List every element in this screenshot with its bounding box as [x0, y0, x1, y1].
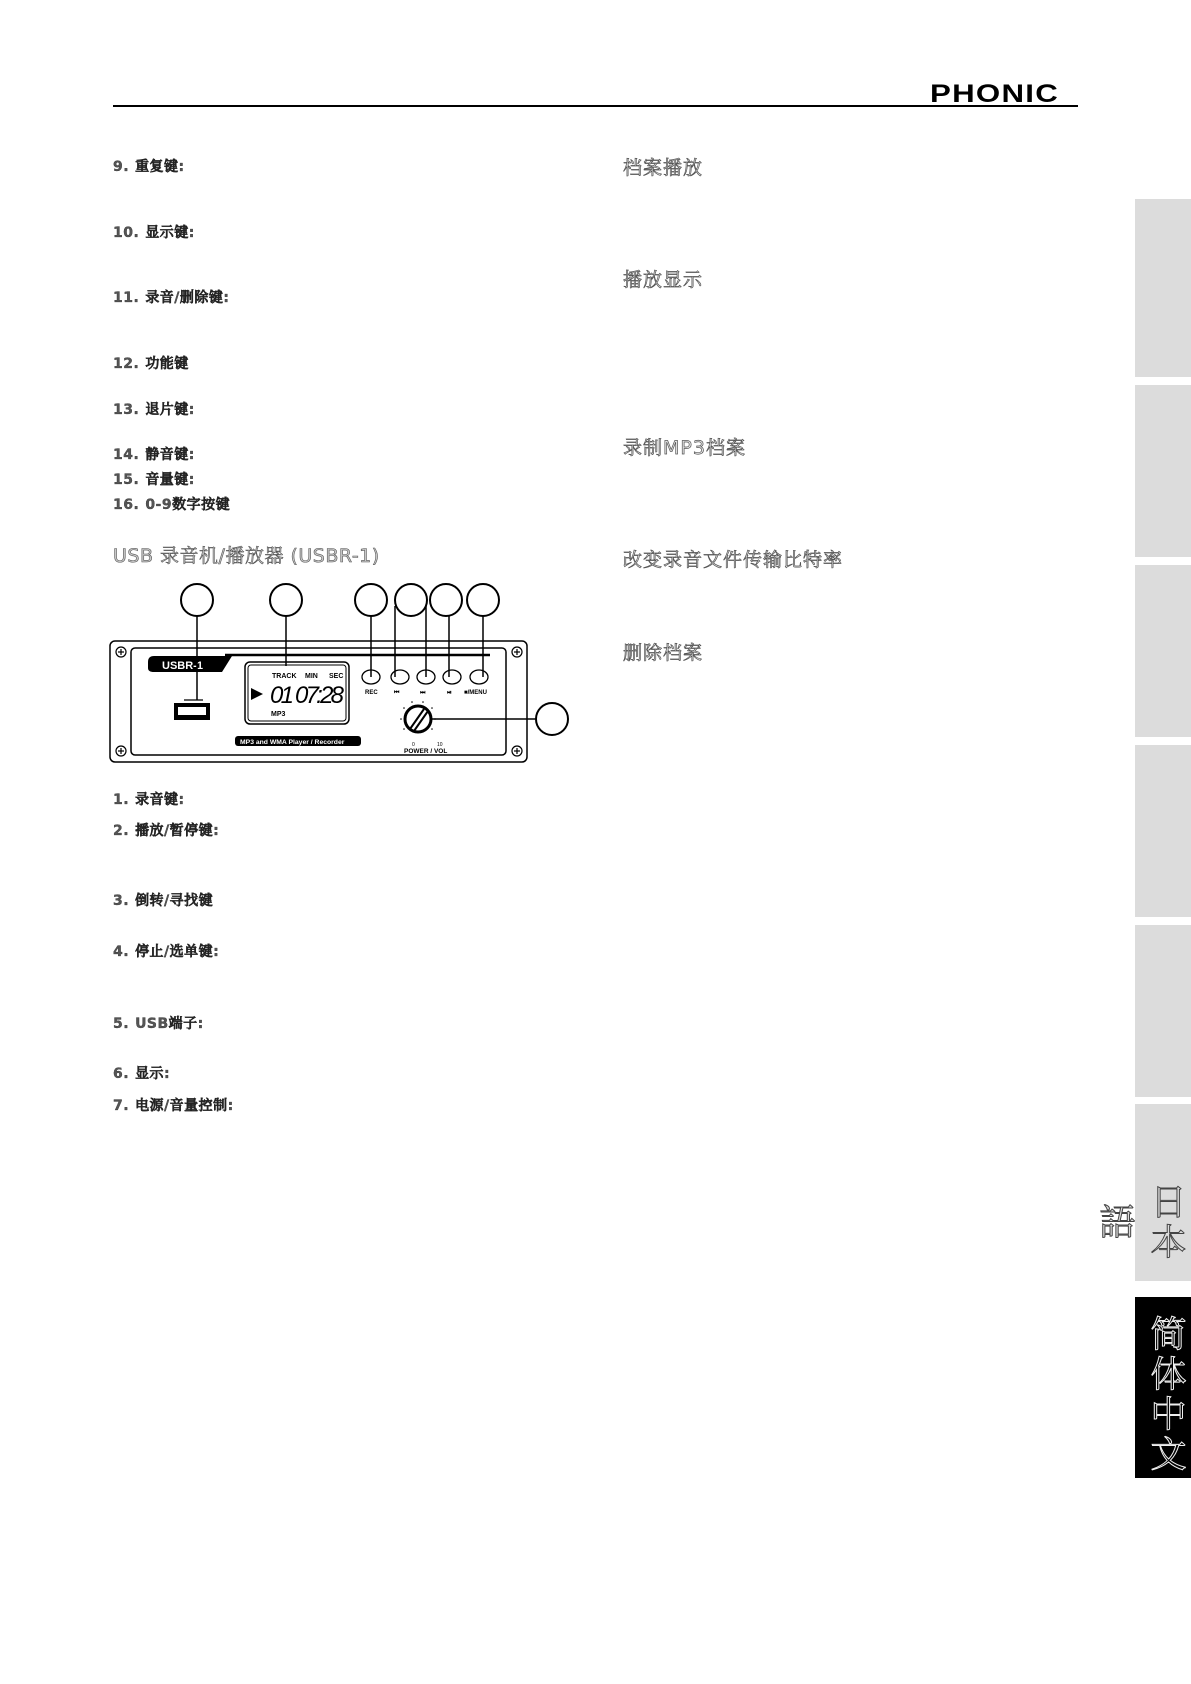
svg-text:⏮: ⏮: [394, 690, 400, 696]
item-number: 6.: [113, 1066, 129, 1082]
item-number: 4.: [113, 944, 129, 960]
item-label: 显示:: [135, 1066, 170, 1082]
language-tab-simplified-chinese[interactable]: 简体中文: [1135, 1297, 1191, 1478]
item-number: 16.: [113, 497, 139, 513]
usbr-1-diagram: USBR-1 TRACK MIN SEC 01 07:28 MP3 MP3 an…: [105, 575, 575, 770]
item-number: 13.: [113, 402, 139, 418]
svg-text:MIN: MIN: [305, 673, 318, 680]
list-item: 13.退片键:: [113, 399, 195, 419]
list-item: 1.录音键:: [113, 789, 185, 809]
item-label: 功能键: [145, 356, 189, 372]
item-label: 倒转/寻找键: [135, 893, 213, 909]
svg-text:■/MENU: ■/MENU: [464, 690, 487, 696]
item-number: 15.: [113, 472, 139, 488]
item-number: 11.: [113, 290, 139, 306]
svg-text:POWER / VOL: POWER / VOL: [404, 748, 447, 755]
item-label: 播放/暂停键:: [135, 823, 219, 839]
list-item: 7.电源/音量控制:: [113, 1095, 234, 1115]
item-label: 录音/删除键:: [145, 290, 229, 306]
heading-file-playback: 档案播放: [623, 153, 703, 180]
list-item: 5.USB端子:: [113, 1013, 204, 1033]
item-number: 9.: [113, 159, 129, 175]
heading-playback-display: 播放显示: [623, 265, 703, 292]
list-item: 10.显示键:: [113, 222, 195, 242]
list-item: 14.静音键:: [113, 444, 195, 464]
language-tab-4[interactable]: [1135, 745, 1191, 917]
list-item: 4.停止/选单键:: [113, 941, 219, 961]
item-number: 1.: [113, 792, 129, 808]
svg-text:⏯: ⏯: [447, 690, 452, 696]
list-item: 11.录音/删除键:: [113, 287, 230, 307]
header-rule: [113, 105, 1078, 107]
item-number: 5.: [113, 1016, 129, 1032]
item-label: 停止/选单键:: [135, 944, 219, 960]
svg-text:MP3: MP3: [271, 711, 286, 718]
heading-delete-file: 删除档案: [623, 638, 703, 665]
language-tab-3[interactable]: [1135, 565, 1191, 737]
list-item: 16.0-9数字按键: [113, 494, 230, 514]
item-number: 3.: [113, 893, 129, 909]
item-number: 14.: [113, 447, 139, 463]
tab-label: 简体中文: [1135, 1315, 1191, 1475]
item-label: 0-9数字按键: [145, 497, 230, 513]
item-number: 10.: [113, 225, 139, 241]
svg-text:TRACK: TRACK: [272, 673, 297, 680]
list-item: 6.显示:: [113, 1063, 170, 1083]
heading-record-mp3: 录制MP3档案: [623, 433, 746, 460]
item-label: 退片键:: [145, 402, 195, 418]
list-item: 12.功能键: [113, 353, 189, 373]
list-item: 3.倒转/寻找键: [113, 890, 213, 910]
language-tab-5[interactable]: [1135, 925, 1191, 1097]
language-tab-2[interactable]: [1135, 385, 1191, 557]
item-label: 录音键:: [135, 792, 185, 808]
usb-port-icon: [174, 700, 210, 720]
list-item: 2.播放/暂停键:: [113, 820, 219, 840]
item-number: 2.: [113, 823, 129, 839]
heading-change-bitrate: 改变录音文件传输比特率: [623, 545, 843, 572]
list-item: 9.重复键:: [113, 156, 185, 176]
svg-text:01 07:28: 01 07:28: [270, 682, 345, 709]
item-label: 电源/音量控制:: [135, 1098, 234, 1114]
item-number: 12.: [113, 356, 139, 372]
language-tab-1[interactable]: [1135, 199, 1191, 377]
item-number: 7.: [113, 1098, 129, 1114]
language-tab-japanese[interactable]: 日本語: [1135, 1104, 1191, 1281]
svg-text:MP3 and WMA Player / Recorder: MP3 and WMA Player / Recorder: [240, 739, 345, 746]
item-label: 音量键:: [145, 472, 195, 488]
tab-label: 日本語: [1135, 1164, 1191, 1281]
section-heading: USB 录音机/播放器 (USBR-1): [113, 541, 380, 568]
svg-text:SEC: SEC: [329, 673, 343, 680]
item-label: 静音键:: [145, 447, 195, 463]
item-label: 显示键:: [145, 225, 195, 241]
svg-text:REC: REC: [365, 690, 378, 696]
item-label: USB端子:: [135, 1016, 204, 1032]
svg-text:⏭: ⏭: [420, 690, 426, 696]
list-item: 15.音量键:: [113, 469, 195, 489]
item-label: 重复键:: [135, 159, 185, 175]
